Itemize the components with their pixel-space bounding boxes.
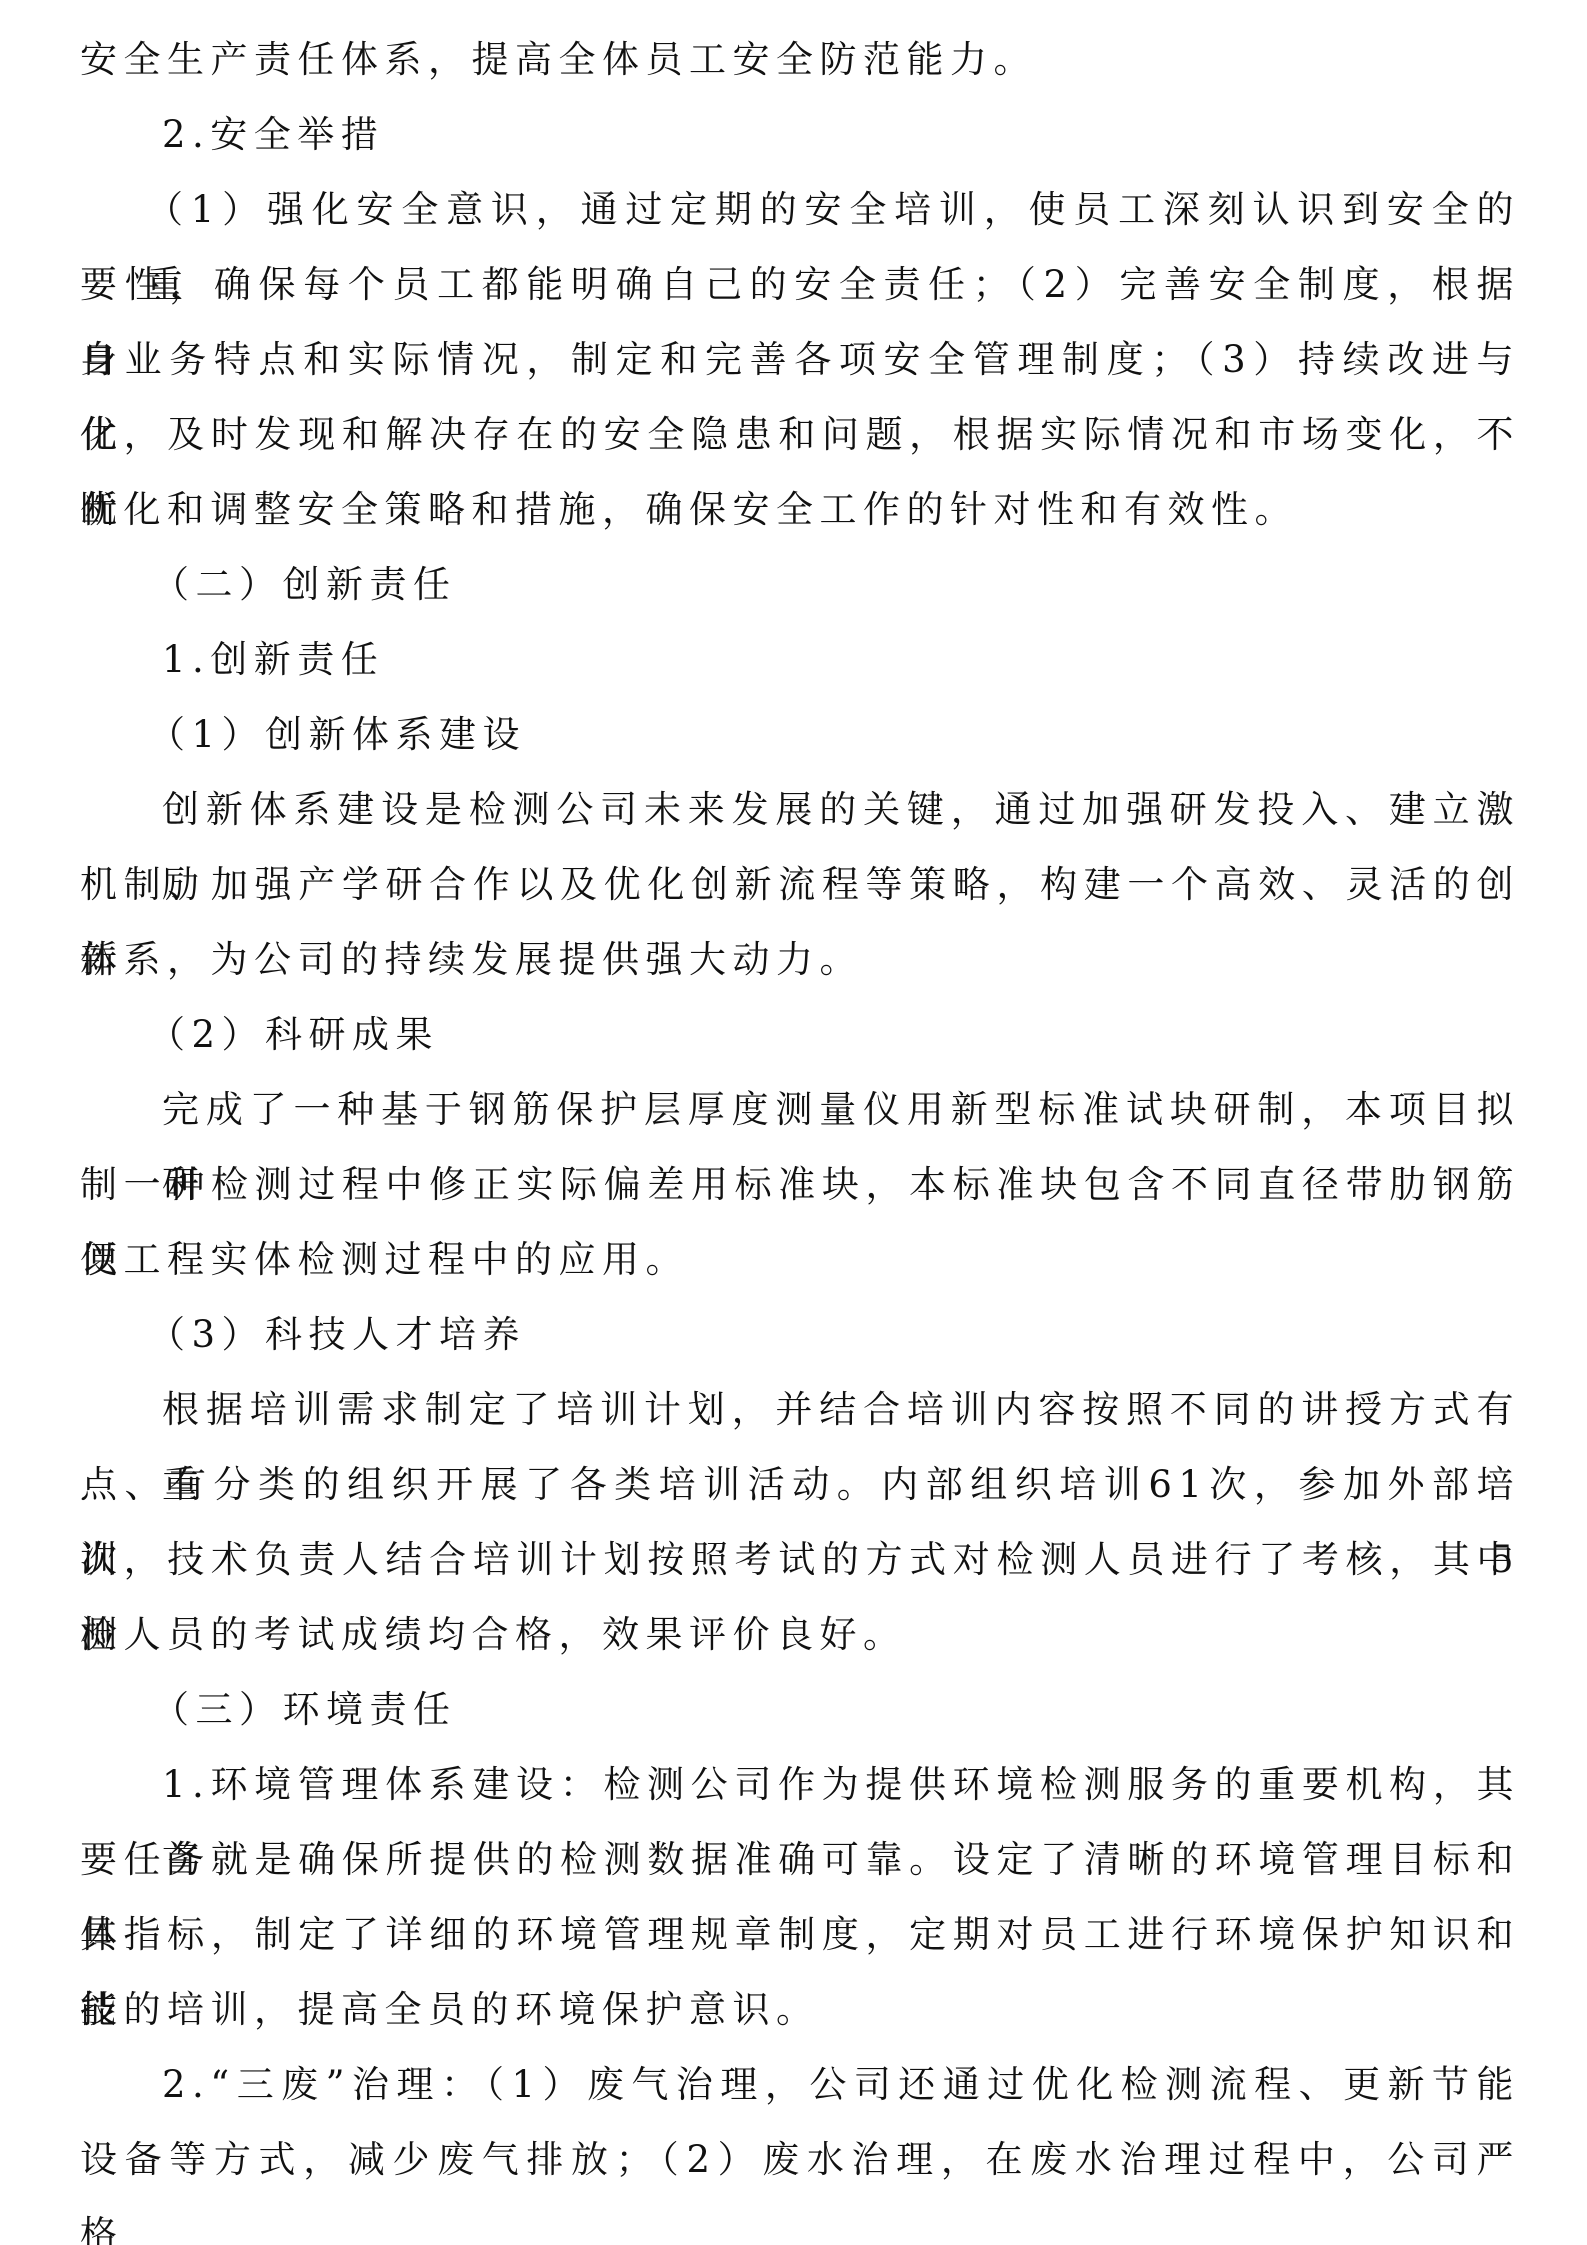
paragraph-line: 要任务就是确保所提供的检测数据准确可靠。设定了清晰的环境管理目标和具 bbox=[80, 1822, 1520, 1897]
paragraph-line: 测人员的考试成绩均合格，效果评价良好。 bbox=[80, 1597, 1520, 1672]
paragraph-line: 点、有分类的组织开展了各类培训活动。内部组织培训61次，参加外部培训5 bbox=[80, 1447, 1520, 1522]
paragraph-line: 能的培训，提高全员的环境保护意识。 bbox=[80, 1972, 1520, 2047]
section-heading-innovation: （二）创新责任 bbox=[80, 547, 1520, 622]
paragraph-line: 体指标，制定了详细的环境管理规章制度，定期对员工进行环境保护知识和技 bbox=[80, 1897, 1520, 1972]
paragraph-line: 设备等方式，减少废气排放；（2）废水治理，在废水治理过程中，公司严格 bbox=[80, 2122, 1520, 2197]
paragraph-line: 制一种检测过程中修正实际偏差用标准块，本标准块包含不同直径带肋钢筋以 bbox=[80, 1147, 1520, 1222]
subheading-innovation-system: （1）创新体系建设 bbox=[80, 697, 1520, 772]
paragraph-line: 2.“三废”治理：（1）废气治理，公司还通过优化检测流程、更新节能 bbox=[80, 2047, 1520, 2122]
paragraph-line: 便工程实体检测过程中的应用。 bbox=[80, 1222, 1520, 1297]
paragraph-line: 要性，确保每个员工都能明确自己的安全责任；（2）完善安全制度，根据自 bbox=[80, 247, 1520, 322]
paragraph-line: 机制、加强产学研合作以及优化创新流程等策略，构建一个高效、灵活的创新 bbox=[80, 847, 1520, 922]
paragraph-line: 体系，为公司的持续发展提供强大动力。 bbox=[80, 922, 1520, 997]
section-heading-safety-measures: 2.安全举措 bbox=[80, 97, 1520, 172]
paragraph-line: 优化和调整安全策略和措施，确保安全工作的针对性和有效性。 bbox=[80, 472, 1520, 547]
paragraph-line: 创新体系建设是检测公司未来发展的关键，通过加强研发投入、建立激励 bbox=[80, 772, 1520, 847]
paragraph-line: 身业务特点和实际情况，制定和完善各项安全管理制度；（3）持续改进与优 bbox=[80, 322, 1520, 397]
paragraph-line: 化，及时发现和解决存在的安全隐患和问题，根据实际情况和市场变化，不断 bbox=[80, 397, 1520, 472]
document-page: 安全生产责任体系，提高全体员工安全防范能力。 2.安全举措 （1）强化安全意识，… bbox=[80, 22, 1520, 2197]
paragraph-line: 根据培训需求制定了培训计划，并结合培训内容按照不同的讲授方式有重 bbox=[80, 1372, 1520, 1447]
paragraph-line: 完成了一种基于钢筋保护层厚度测量仪用新型标准试块研制，本项目拟研 bbox=[80, 1072, 1520, 1147]
subheading-innovation-responsibility: 1.创新责任 bbox=[80, 622, 1520, 697]
paragraph-line: （1）强化安全意识，通过定期的安全培训，使员工深刻认识到安全的重 bbox=[80, 172, 1520, 247]
paragraph-line: 1.环境管理体系建设：检测公司作为提供环境检测服务的重要机构，其首 bbox=[80, 1747, 1520, 1822]
subheading-research-results: （2）科研成果 bbox=[80, 997, 1520, 1072]
section-heading-environment: （三）环境责任 bbox=[80, 1672, 1520, 1747]
paragraph-line: 次，技术负责人结合培训计划按照考试的方式对检测人员进行了考核，其中检 bbox=[80, 1522, 1520, 1597]
paragraph-line: 安全生产责任体系，提高全体员工安全防范能力。 bbox=[80, 22, 1520, 97]
subheading-talent-training: （3）科技人才培养 bbox=[80, 1297, 1520, 1372]
